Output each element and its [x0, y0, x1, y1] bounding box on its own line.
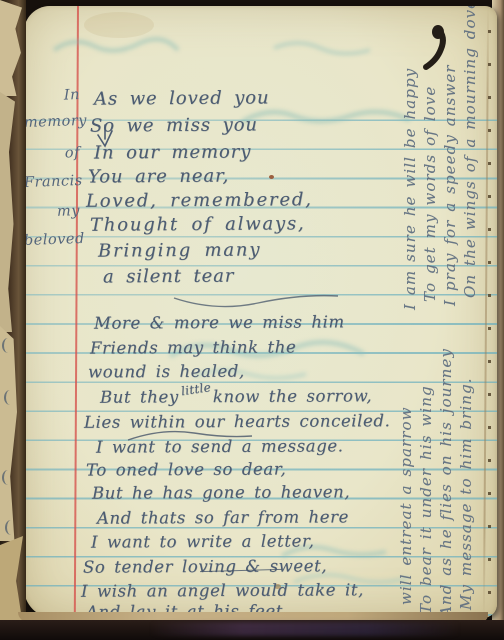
poem-line: I want to write a letter, [91, 531, 315, 551]
side-note-line: To bear it under his wing [416, 358, 436, 618]
margin-note-word: In [24, 87, 80, 105]
poem-line: You are near, [88, 166, 229, 188]
side-note-line: I pray for a speedy answer [440, 40, 460, 310]
side-note-line: I am sure he will be happy [400, 40, 420, 310]
side-note-line: I will entreat a sparrow [396, 358, 416, 618]
stitch-holes [488, 30, 491, 610]
poem-line: Friends may think the [90, 337, 296, 357]
margin-note-word: beloved [24, 231, 80, 249]
binding-edge [0, 0, 26, 640]
edge-ink-mark [2, 338, 14, 353]
torn-paper-bit [0, 326, 17, 541]
ink-speck [269, 175, 274, 179]
side-note-line: My message to him bring. [456, 358, 476, 618]
cover-sheen [150, 622, 460, 636]
torn-paper-bit [0, 92, 15, 332]
poem-line: But theylittleknow the sorrow, [100, 386, 372, 406]
poem-line: So we miss you [90, 114, 258, 136]
margin-note-word: Francis [24, 173, 80, 191]
poem-line: As we loved you [94, 87, 270, 109]
poem-line: And thats so far from here [97, 507, 349, 527]
margin-note-word: memory [24, 113, 80, 131]
poem-line: More & more we miss him [94, 312, 345, 332]
margin-note-word: of [24, 145, 80, 163]
word-insertion: little [180, 380, 212, 398]
poem-line: Bringing many [98, 239, 261, 261]
edge-ink-mark [2, 470, 14, 485]
poem-line: In our memory [94, 141, 251, 163]
poem-line: a silent tear [103, 266, 234, 288]
poem-line: Thought of always, [90, 213, 306, 236]
poem-line: To oned love so dear, [86, 459, 286, 479]
poem-line: I wish an angel would take it, [81, 580, 364, 600]
paper-stain [84, 12, 154, 38]
poem-line: But he has gone to heaven, [92, 482, 350, 502]
poem-line: wound is healed, [88, 362, 245, 382]
poem-line: Loved, remembered, [86, 189, 313, 212]
notebook-page: In memory of Francis my beloved As we lo… [24, 6, 497, 618]
side-note-line: On the wings of a mourning dove. [460, 40, 480, 310]
flourish-stroke [172, 286, 342, 310]
notebook-photo: In memory of Francis my beloved As we lo… [0, 0, 504, 640]
side-note-lower: I will entreat a sparrow To bear it unde… [396, 358, 474, 618]
edge-ink-mark [4, 390, 16, 405]
page-bottom-edges [0, 610, 504, 640]
margin-note-word: my [24, 203, 80, 221]
poem-line-part: know the sorrow, [213, 386, 372, 406]
poem-line: So tender loving & sweet, [83, 556, 327, 576]
side-note-line: To get my words of love [420, 40, 440, 310]
side-note-line: And as he flies on his journey [436, 358, 456, 618]
flourish-stroke [126, 426, 256, 444]
ink-blot [416, 24, 450, 72]
poem-line-part: But they [100, 387, 179, 406]
side-note-upper: I am sure he will be happy To get my wor… [400, 40, 484, 310]
edge-ink-mark [5, 520, 17, 535]
torn-paper-bit [0, 0, 22, 96]
